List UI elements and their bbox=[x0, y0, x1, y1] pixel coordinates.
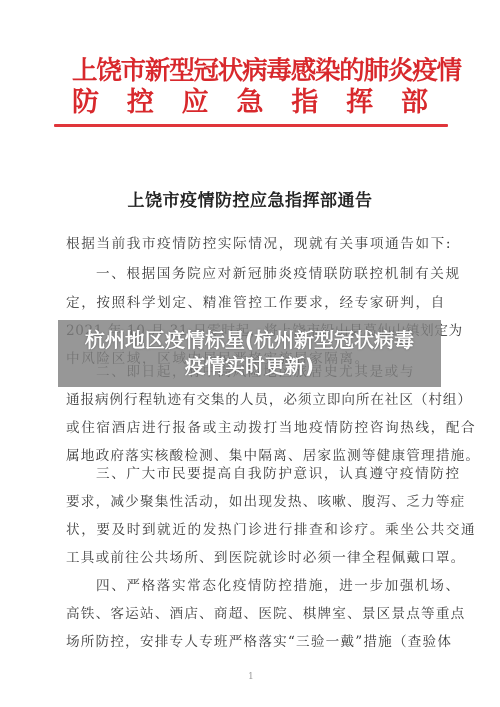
paragraph-line: 三、广大市民要提高自我防护意识，认真遵守疫情防控 bbox=[96, 465, 441, 483]
notice-intro: 根据当前我市疫情防控实际情况，现就有关事项通告如下: bbox=[66, 235, 441, 253]
paragraph-line: 定，按照科学划定、精准管控工作要求，经专家研判，自 bbox=[66, 294, 441, 312]
authority-char: 应 bbox=[182, 88, 209, 118]
authority-char: 急 bbox=[236, 88, 263, 118]
headline-line1: 杭州地区疫情标星(杭州新型冠状病毒 bbox=[58, 328, 441, 352]
paragraph-line: 工具或前往公共场所、到医院就诊时必须一律全程佩戴口罩。 bbox=[66, 549, 441, 567]
paragraph-line: 场所防控，安排专人专班严格落实“三验一戴”措施（查验体 bbox=[66, 633, 441, 651]
red-header-divider bbox=[54, 124, 448, 127]
authority-char: 挥 bbox=[346, 88, 373, 118]
issuing-authority-line2: 防 控 应 急 指 挥 部 bbox=[72, 88, 428, 118]
document-page: 上饶市新型冠状病毒感染的肺炎疫情 防 控 应 急 指 挥 部 上饶市疫情防控应急… bbox=[0, 0, 500, 707]
headline-line2: 疫情实时更新) bbox=[58, 354, 441, 378]
paragraph-line: 状，要及时到就近的发热门诊进行排查和诊疗。乘坐公共交通 bbox=[66, 521, 441, 539]
authority-char: 部 bbox=[401, 88, 428, 118]
authority-char: 防 bbox=[72, 88, 99, 118]
paragraph-line: 四、严格落实常态化疫情防控措施，进一步加强机场、 bbox=[96, 577, 441, 595]
notice-title: 上饶市疫情防控应急指挥部通告 bbox=[0, 186, 500, 211]
authority-char: 控 bbox=[127, 88, 154, 118]
paragraph-line: 通报病例行程轨迹有交集的人员，必须立即向所在社区（村组） bbox=[66, 391, 441, 409]
issuing-authority-line1: 上饶市新型冠状病毒感染的肺炎疫情 bbox=[72, 56, 428, 86]
paragraph-line: 要求，减少聚集性活动，如出现发热、咳嗽、腹泻、乏力等症 bbox=[66, 493, 441, 511]
page-number: 1 bbox=[248, 672, 254, 682]
paragraph-line: 一、根据国务院应对新冠肺炎疫情联防联控机制有关规 bbox=[96, 265, 441, 283]
headline-overlay-banner: 杭州地区疫情标星(杭州新型冠状病毒 疫情实时更新) bbox=[58, 320, 441, 387]
paragraph-line: 属地政府落实核酸检测、集中隔离、居家监测等健康管理措施。 bbox=[66, 447, 441, 465]
authority-char: 指 bbox=[291, 88, 318, 118]
paragraph-line: 或住宿酒店进行报备或主动拨打当地疫情防控咨询热线，配合 bbox=[66, 419, 441, 437]
paragraph-line: 高铁、客运站、酒店、商超、医院、棋牌室、景区景点等重点 bbox=[66, 605, 441, 623]
